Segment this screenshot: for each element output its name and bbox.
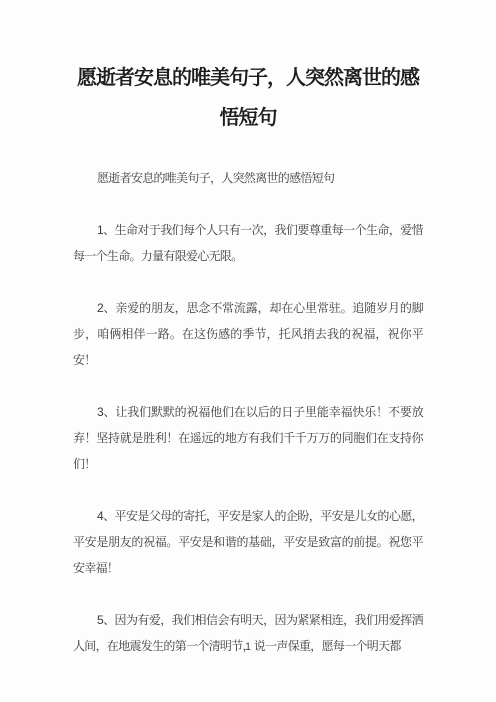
paragraph-2: 2、亲爱的朋友，思念不常流露，却在心里常驻。追随岁月的脚步，咱俩相伴一路。在这伤… [73,295,423,373]
document-body: 愿逝者安息的唯美句子，人突然离世的感悟短句 1、生命对于我们每个人只有一次，我们… [73,165,423,659]
page-title: 愿逝者安息的唯美句子，人突然离世的感悟短句 [70,58,426,138]
paragraph-3: 3、让我们默默的祝福他们在以后的日子里能幸福快乐！不要放弃！坚持就是胜利！在遥远… [73,399,423,477]
paragraph-4: 4、平安是父母的寄托，平安是家人的企盼，平安是儿女的心愿，平安是朋友的祝福。平安… [73,503,423,581]
paragraph-1: 1、生命对于我们每个人只有一次，我们要尊重每一个生命，爱惜每一个生命。力量有限爱… [73,217,423,269]
subtitle-paragraph: 愿逝者安息的唯美句子，人突然离世的感悟短句 [73,165,423,191]
document-page: 愿逝者安息的唯美句子，人突然离世的感悟短句 愿逝者安息的唯美句子，人突然离世的感… [0,0,496,702]
page-number: 1 [0,634,496,660]
